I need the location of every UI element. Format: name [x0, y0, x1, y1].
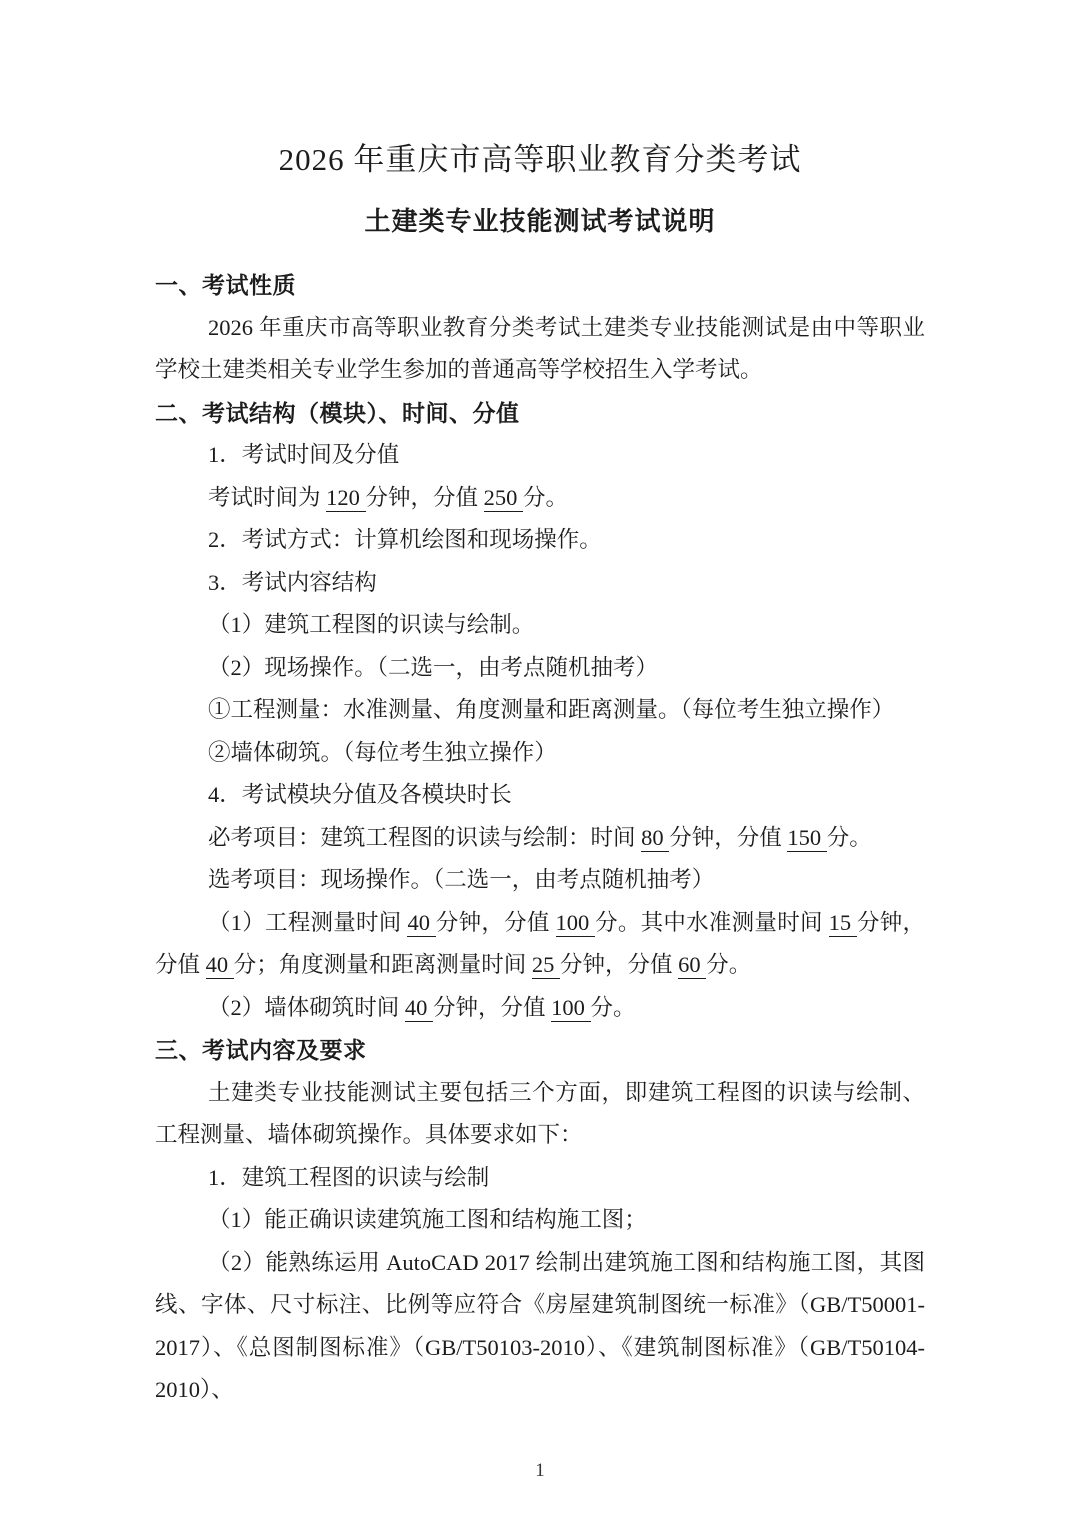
underlined-value: 100 [551, 995, 590, 1022]
paragraph: 2．考试方式：计算机绘图和现场操作。 [155, 519, 925, 562]
underlined-value: 100 [556, 910, 596, 937]
section-heading: 一、考试性质 [155, 264, 925, 307]
underlined-value: 25 [532, 952, 560, 979]
text-run: 分。其中水准测量时间 [595, 910, 828, 935]
paragraph: 必考项目：建筑工程图的识读与绘制：时间 80 分钟，分值 150 分。 [155, 817, 925, 860]
paragraph: 2026 年重庆市高等职业教育分类考试土建类专业技能测试是由中等职业学校土建类相… [155, 307, 925, 392]
underlined-value: 250 [484, 485, 523, 512]
text-run: 三、考试内容及要求 [155, 1037, 367, 1063]
text-run: 1．建筑工程图的识读与绘制 [208, 1165, 489, 1190]
text-run: 一、考试性质 [155, 272, 296, 298]
text-run: 分。 [706, 952, 751, 977]
text-run: 4．考试模块分值及各模块时长 [208, 782, 512, 807]
text-run: 必考项目：建筑工程图的识读与绘制：时间 [208, 825, 641, 850]
underlined-value: 40 [407, 910, 435, 937]
text-run: 二、考试结构（模块）、时间、分值 [155, 400, 520, 426]
underlined-value: 120 [326, 485, 365, 512]
underlined-value: 60 [678, 952, 706, 979]
paragraph: ②墙体砌筑。（每位考生独立操作） [155, 732, 925, 775]
text-run: 3．考试内容结构 [208, 570, 377, 595]
text-run: 土建类专业技能测试主要包括三个方面，即建筑工程图的识读与绘制、工程测量、墙体砌筑… [155, 1080, 925, 1148]
text-run: 分钟，分值 [560, 952, 678, 977]
page-number: 1 [155, 1457, 925, 1485]
text-run: 考试时间为 [208, 485, 326, 510]
text-run: 分。 [523, 485, 568, 510]
text-run: （1）能正确识读建筑施工图和结构施工图； [208, 1207, 647, 1232]
text-run: （2）现场操作。（二选一，由考点随机抽考） [208, 655, 658, 680]
underlined-value: 40 [405, 995, 433, 1022]
paragraph: （2）墙体砌筑时间 40 分钟，分值 100 分。 [155, 987, 925, 1030]
text-run: （1）建筑工程图的识读与绘制。 [208, 612, 534, 637]
underlined-value: 80 [641, 825, 669, 852]
text-run: 1．考试时间及分值 [208, 442, 399, 467]
section-heading: 三、考试内容及要求 [155, 1029, 925, 1072]
paragraph: （1）建筑工程图的识读与绘制。 [155, 604, 925, 647]
text-run: （2）能熟练运用 AutoCAD 2017 绘制出建筑施工图和结构施工图，其图线… [155, 1250, 925, 1403]
text-run: 分；角度测量和距离测量时间 [234, 952, 532, 977]
text-run: ①工程测量：水准测量、角度测量和距离测量。（每位考生独立操作） [208, 697, 894, 722]
paragraph: 土建类专业技能测试主要包括三个方面，即建筑工程图的识读与绘制、工程测量、墙体砌筑… [155, 1072, 925, 1157]
text-run: 分钟，分值 [366, 485, 484, 510]
document-page: 2026 年重庆市高等职业教育分类考试 土建类专业技能测试考试说明 一、考试性质… [0, 0, 1080, 1527]
text-run: 分钟，分值 [436, 910, 556, 935]
text-run: （2）墙体砌筑时间 [208, 995, 405, 1020]
document-title: 2026 年重庆市高等职业教育分类考试 [155, 140, 925, 180]
paragraph: （1）工程测量时间 40 分钟，分值 100 分。其中水准测量时间 15 分钟，… [155, 902, 925, 987]
paragraph: 1．建筑工程图的识读与绘制 [155, 1157, 925, 1200]
underlined-value: 40 [206, 952, 234, 979]
underlined-value: 15 [829, 910, 857, 937]
text-run: 2026 年重庆市高等职业教育分类考试土建类专业技能测试是由中等职业学校土建类相… [155, 315, 925, 383]
paragraph: ①工程测量：水准测量、角度测量和距离测量。（每位考生独立操作） [155, 689, 925, 732]
paragraph: 3．考试内容结构 [155, 562, 925, 605]
text-run: 分。 [591, 995, 636, 1020]
paragraph: 选考项目：现场操作。（二选一，由考点随机抽考） [155, 859, 925, 902]
text-run: 分钟，分值 [433, 995, 551, 1020]
text-run: ②墙体砌筑。（每位考生独立操作） [208, 740, 557, 765]
text-run: （1）工程测量时间 [208, 910, 407, 935]
text-run: 分。 [827, 825, 872, 850]
underlined-value: 150 [787, 825, 826, 852]
paragraph: 考试时间为 120 分钟，分值 250 分。 [155, 477, 925, 520]
paragraph: （2）能熟练运用 AutoCAD 2017 绘制出建筑施工图和结构施工图，其图线… [155, 1242, 925, 1412]
paragraph: （2）现场操作。（二选一，由考点随机抽考） [155, 647, 925, 690]
document-subtitle: 土建类专业技能测试考试说明 [155, 204, 925, 238]
text-run: 分钟，分值 [669, 825, 787, 850]
paragraph: 1．考试时间及分值 [155, 434, 925, 477]
text-run: 2．考试方式：计算机绘图和现场操作。 [208, 527, 602, 552]
text-run: 选考项目：现场操作。（二选一，由考点随机抽考） [208, 867, 714, 892]
document-body: 一、考试性质2026 年重庆市高等职业教育分类考试土建类专业技能测试是由中等职业… [155, 264, 925, 1412]
paragraph: 4．考试模块分值及各模块时长 [155, 774, 925, 817]
paragraph: （1）能正确识读建筑施工图和结构施工图； [155, 1199, 925, 1242]
section-heading: 二、考试结构（模块）、时间、分值 [155, 392, 925, 435]
